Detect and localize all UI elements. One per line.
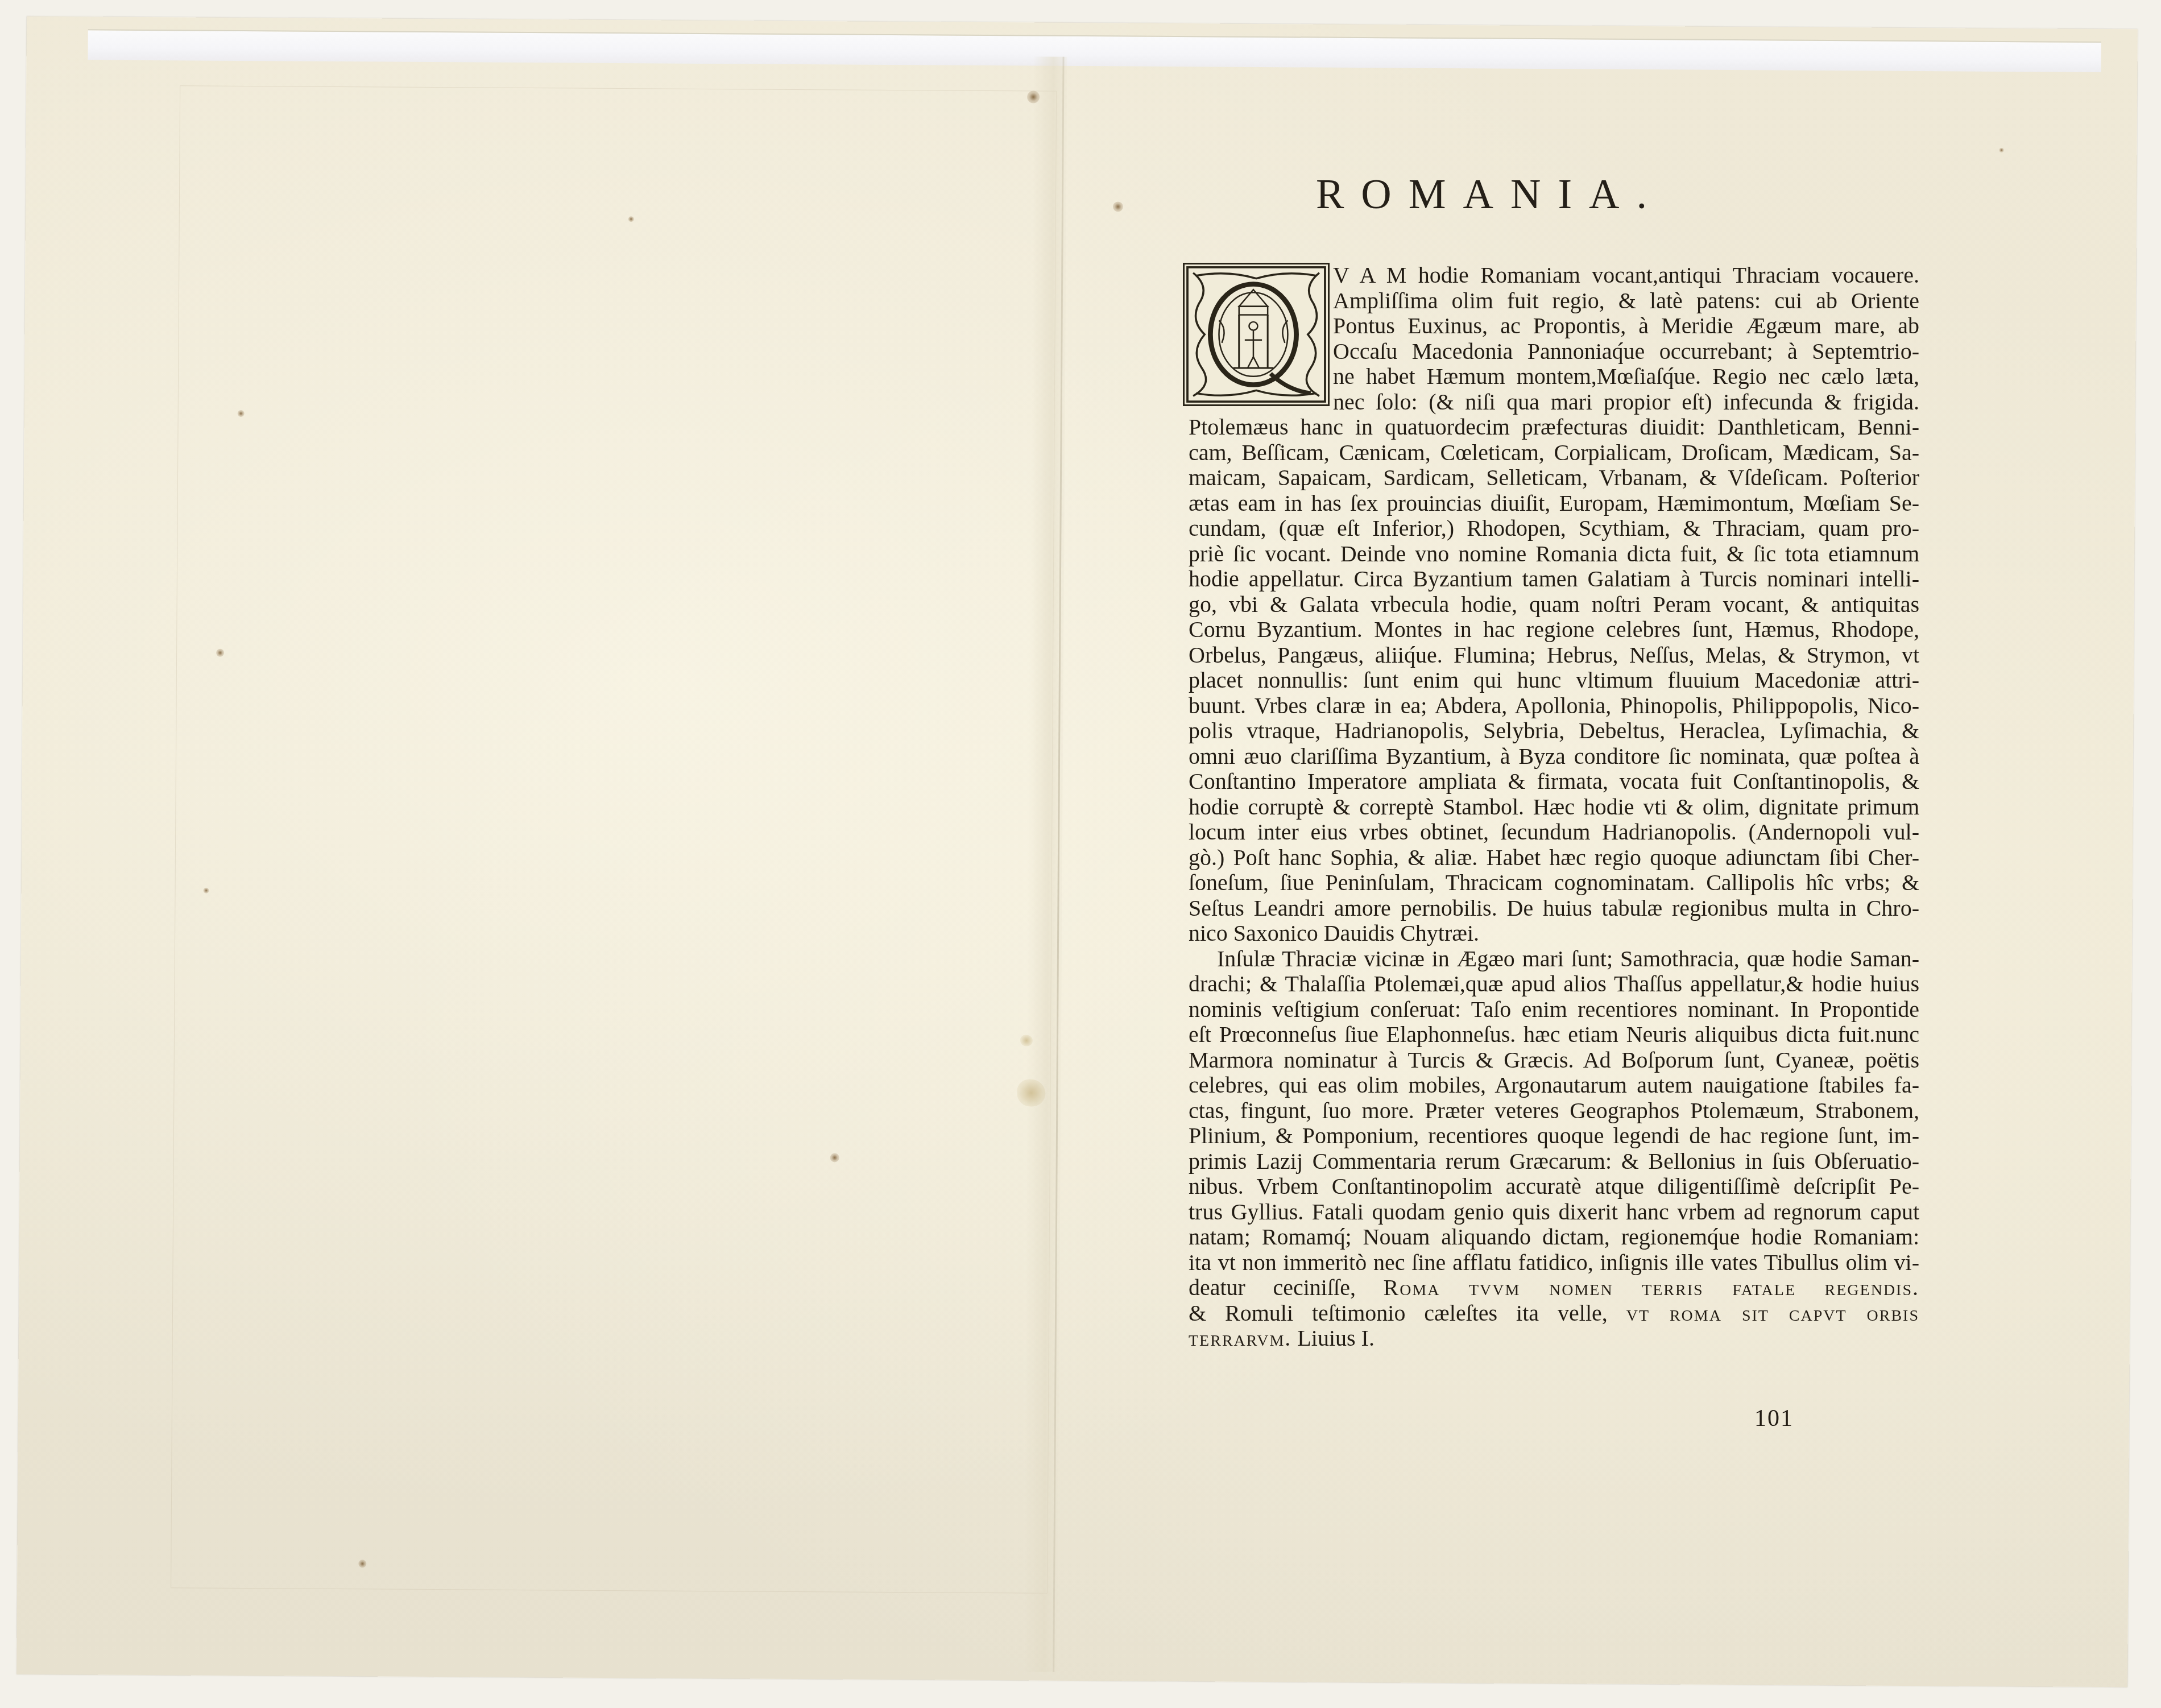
quotation-line: & Romuli teſtimonio cæleſtes ita velle, …	[1189, 1301, 1919, 1326]
text-line: Occaſu Macedonia Pannoniaq́ue occurreban…	[1333, 339, 1919, 365]
text-line: cam, Beſſicam, Cænicam, Cœleticam, Corpi…	[1189, 440, 1919, 466]
text-line: Seſtus Leandri amore pernobilis. De huiu…	[1189, 896, 1919, 921]
foxing-spot	[830, 1153, 839, 1162]
text-line: nec ſolo: (& niſi qua mari propior eſt) …	[1333, 390, 1919, 415]
text-line: ctas, fingunt, ſuo more. Præter veteres …	[1189, 1098, 1919, 1124]
foxing-spot	[358, 1560, 366, 1568]
text-line: ſoneſum, ſiue Peninſulam, Thracicam cogn…	[1189, 870, 1919, 896]
text-line: locum inter eius vrbes obtinet, ſecundum…	[1189, 820, 1919, 845]
text-line: maicam, Sapaicam, Sardicam, Selleticam, …	[1189, 465, 1919, 491]
text-line: omni æuo clariſſima Byzantium, à Byza co…	[1189, 744, 1919, 770]
foxing-spot	[628, 216, 634, 222]
text-line: trus Gyllius. Fatali quodam genio quis d…	[1189, 1200, 1919, 1225]
text-line: cundam, (quæ eſt Inferior,) Rhodopen, Sc…	[1189, 516, 1919, 541]
foxing-spot	[1113, 201, 1123, 212]
text-line: natam; Romamq́; Nouam aliquando dictam, …	[1189, 1225, 1919, 1250]
text-line: polis vtraque, Hadrianopolis, Selybria, …	[1189, 718, 1919, 744]
left-page-plate-mark	[171, 85, 1057, 1593]
text-line: primis Lazij Commentaria rerum Græcarum:…	[1189, 1149, 1919, 1174]
text-line: Plinium, & Pomponium, recentiores quoque…	[1189, 1123, 1919, 1149]
text-line: nico Saxonico Dauidis Chytræi.	[1189, 921, 1919, 946]
quotation-line: deatur ceciniſſe, Roma tvvm nomen terris…	[1189, 1275, 1919, 1301]
text-line: drachi; & Thalaſſia Ptolemæi,quæ apud al…	[1189, 971, 1919, 997]
text-line: ne habet Hæmum montem,Mœſiaſq́ue. Regio …	[1333, 364, 1919, 390]
text-line: ita vt non immeritò nec ſine afflatu fat…	[1189, 1250, 1919, 1276]
text-line: priè ſic vocant. Deinde vno nomine Roman…	[1189, 541, 1919, 567]
small-caps-quote: Roma tvvm nomen terris fatale regendis.	[1383, 1275, 1919, 1300]
foxing-spot	[216, 649, 224, 657]
article-body: V A M hodie Romaniam vocant,antiqui Thra…	[1189, 263, 1919, 1351]
page-title: ROMANIA.	[1149, 171, 1831, 219]
quotation-line: terrarvm. Liuius I.	[1189, 1326, 1919, 1351]
text-line: Orbelus, Pangæus, aliiq́ue. Flumina; Heb…	[1189, 643, 1919, 668]
small-caps-quote: vt roma sit capvt orbis	[1626, 1300, 1919, 1326]
small-caps-quote: terrarvm.	[1189, 1325, 1291, 1351]
text-line: eſt Prœconneſus ſiue Elaphonneſus. hæc e…	[1189, 1022, 1919, 1048]
text-line: hodie appellatur. Circa Byzantium tamen …	[1189, 566, 1919, 592]
text-run: & Romuli teſtimonio cæleſtes ita velle,	[1189, 1300, 1626, 1326]
text-line: nibus. Vrbem Conſtantinopolim accuratè a…	[1189, 1174, 1919, 1200]
water-stain	[1017, 1079, 1045, 1106]
text-line: Inſulæ Thraciæ vicinæ in Ægæo mari ſunt;…	[1189, 946, 1919, 972]
text-line: Conſtantino Imperatore ampliata & firmat…	[1189, 769, 1919, 795]
text-line: ætas eam in has ſex prouincias diuiſit, …	[1189, 491, 1919, 516]
foxing-spot	[1999, 148, 2004, 152]
foxing-spot	[238, 410, 245, 417]
foxing-spot	[204, 888, 209, 894]
foxing-spot	[1027, 90, 1040, 103]
text-line: celebres, qui eas olim mobiles, Argonaut…	[1189, 1073, 1919, 1098]
text-line: buunt. Vrbes claræ in ea; Abdera, Apollo…	[1189, 693, 1919, 719]
text-line: Ampliſſima olim fuit regio, & latè paten…	[1333, 288, 1919, 314]
text-line: nominis veſtigium conſeruat: Taſo enim r…	[1189, 997, 1919, 1023]
citation: Liuius I.	[1291, 1325, 1375, 1351]
text-line: Pontus Euxinus, ac Propontis, à Meridie …	[1333, 313, 1919, 339]
text-line: Cornu Byzantium. Montes in hac regione c…	[1189, 617, 1919, 643]
text-line: Marmora nominatur à Turcis & Græcis. Ad …	[1189, 1048, 1919, 1073]
water-stain	[1020, 1035, 1033, 1046]
text-run: deatur ceciniſſe,	[1189, 1275, 1383, 1300]
text-line: Ptolemæus hanc in quatuordecim præfectur…	[1189, 415, 1919, 440]
page-number: 101	[1754, 1405, 1794, 1432]
text-line: V A M hodie Romaniam vocant,antiqui Thra…	[1333, 263, 1919, 288]
text-line: placet nonnullis: ſunt enim qui hunc vlt…	[1189, 668, 1919, 693]
text-line: hodie corruptè & correptè Stambol. Hæc h…	[1189, 795, 1919, 820]
text-line: go, vbi & Galata vrbecula hodie, quam no…	[1189, 592, 1919, 618]
mounting-tape-strip	[88, 29, 2101, 72]
text-line: gò.) Poſt hanc Sophia, & aliæ. Habet hæc…	[1189, 845, 1919, 871]
